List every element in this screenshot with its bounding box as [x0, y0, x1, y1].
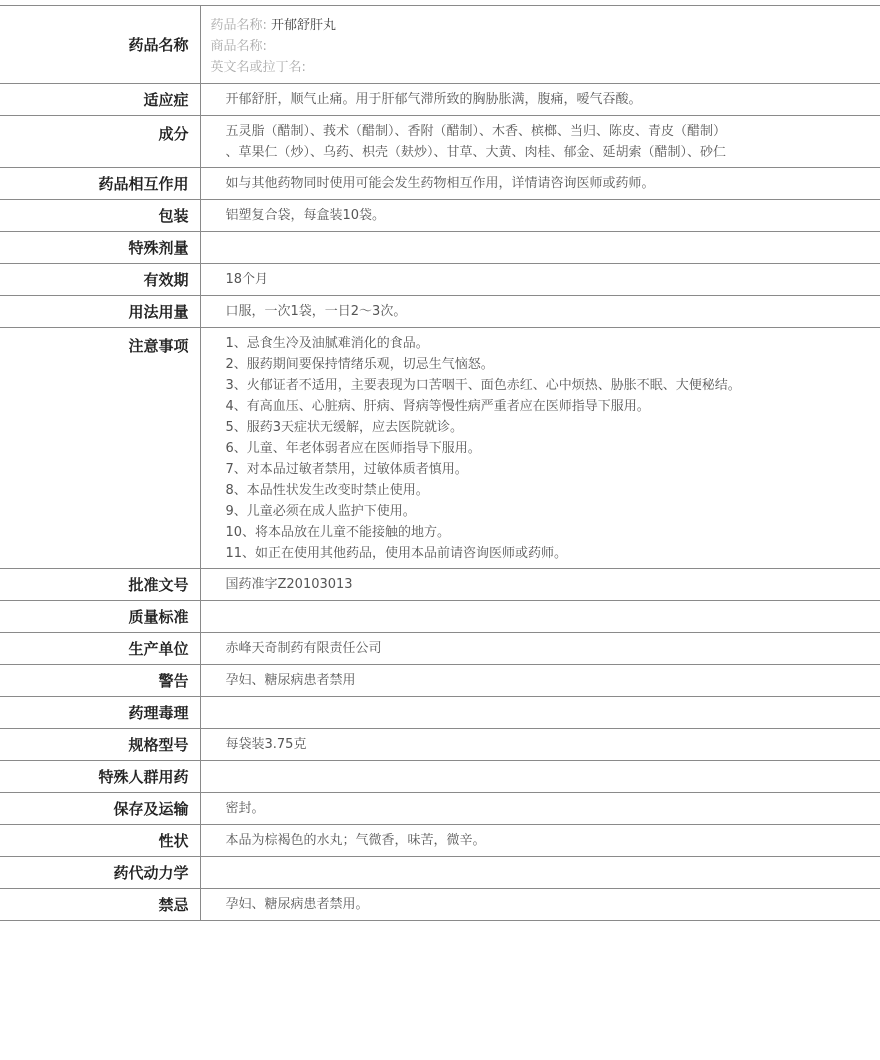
precaution-item: 9、儿童必须在成人监护下使用。 [226, 501, 871, 522]
row-label: 特殊人群用药 [0, 761, 200, 793]
drug-name-block: 药品名称: 开郁舒肝丸 商品名称: 英文名或拉丁名: [200, 6, 880, 84]
row-approval-number: 批准文号 国药准字Z20103013 [0, 569, 880, 601]
generic-name-line: 药品名称: 开郁舒肝丸 [211, 15, 871, 36]
row-value: 赤峰天奇制药有限责任公司 [200, 633, 880, 665]
precaution-item: 6、儿童、年老体弱者应在医师指导下服用。 [226, 438, 871, 459]
row-value: 国药准字Z20103013 [200, 569, 880, 601]
row-value [200, 697, 880, 729]
latin-name-line: 英文名或拉丁名: [211, 57, 871, 78]
drug-spec-table: 药品名称 药品名称: 开郁舒肝丸 商品名称: 英文名或拉丁名: 适应症 开郁舒肝… [0, 5, 880, 921]
row-storage: 保存及运输 密封。 [0, 793, 880, 825]
row-value: 18个月 [200, 264, 880, 296]
row-label: 质量标准 [0, 601, 200, 633]
precaution-item: 8、本品性状发生改变时禁止使用。 [226, 480, 871, 501]
row-label: 成分 [0, 116, 200, 168]
row-label: 注意事项 [0, 328, 200, 569]
row-pharmacokinetics: 药代动力学 [0, 857, 880, 889]
row-label: 药代动力学 [0, 857, 200, 889]
row-drug-name: 药品名称 药品名称: 开郁舒肝丸 商品名称: 英文名或拉丁名: [0, 6, 880, 84]
row-value [200, 761, 880, 793]
row-quality-standard: 质量标准 [0, 601, 880, 633]
row-usage: 用法用量 口服，一次1袋，一日2～3次。 [0, 296, 880, 328]
row-label: 特殊剂量 [0, 232, 200, 264]
row-label: 药理毒理 [0, 697, 200, 729]
row-label: 保存及运输 [0, 793, 200, 825]
ingredients-line: 五灵脂（醋制）、莪术（醋制）、香附（醋制）、木香、槟榔、当归、陈皮、青皮（醋制） [226, 121, 871, 142]
trade-name-line: 商品名称: [211, 36, 871, 57]
row-interactions: 药品相互作用 如与其他药物同时使用可能会发生药物相互作用，详情请咨询医师或药师。 [0, 168, 880, 200]
precaution-item: 5、服药3天症状无缓解，应去医院就诊。 [226, 417, 871, 438]
row-label: 警告 [0, 665, 200, 697]
row-value: 如与其他药物同时使用可能会发生药物相互作用，详情请咨询医师或药师。 [200, 168, 880, 200]
row-special-population: 特殊人群用药 [0, 761, 880, 793]
row-label: 用法用量 [0, 296, 200, 328]
row-value: 口服，一次1袋，一日2～3次。 [200, 296, 880, 328]
row-value: 孕妇、糖尿病患者禁用。 [200, 889, 880, 921]
precaution-item: 10、将本品放在儿童不能接触的地方。 [226, 522, 871, 543]
precaution-item: 7、对本品过敏者禁用，过敏体质者慎用。 [226, 459, 871, 480]
ingredients-line: 、草果仁（炒）、乌药、枳壳（麸炒）、甘草、大黄、肉桂、郁金、延胡索（醋制）、砂仁 [226, 142, 871, 163]
row-contraindications: 禁忌 孕妇、糖尿病患者禁用。 [0, 889, 880, 921]
row-label: 生产单位 [0, 633, 200, 665]
precaution-item: 11、如正在使用其他药品，使用本品前请咨询医师或药师。 [226, 543, 871, 564]
row-warning: 警告 孕妇、糖尿病患者禁用 [0, 665, 880, 697]
row-value [200, 857, 880, 889]
generic-name-value: 开郁舒肝丸 [271, 18, 336, 33]
row-label: 包装 [0, 200, 200, 232]
latin-name-label: 英文名或拉丁名: [211, 60, 306, 75]
row-label: 药品名称 [0, 6, 200, 84]
row-appearance: 性状 本品为棕褐色的水丸；气微香，味苦，微辛。 [0, 825, 880, 857]
row-special-dosage: 特殊剂量 [0, 232, 880, 264]
row-value [200, 232, 880, 264]
row-label: 规格型号 [0, 729, 200, 761]
row-value: 本品为棕褐色的水丸；气微香，味苦，微辛。 [200, 825, 880, 857]
row-specification: 规格型号 每袋装3.75克 [0, 729, 880, 761]
precaution-item: 4、有高血压、心脏病、肝病、肾病等慢性病严重者应在医师指导下服用。 [226, 396, 871, 417]
row-value: 每袋装3.75克 [200, 729, 880, 761]
row-pharmacology: 药理毒理 [0, 697, 880, 729]
row-value [200, 601, 880, 633]
row-label: 禁忌 [0, 889, 200, 921]
generic-name-label: 药品名称: [211, 18, 267, 33]
row-shelf-life: 有效期 18个月 [0, 264, 880, 296]
row-value: 开郁舒肝，顺气止痛。用于肝郁气滞所致的胸胁胀满，腹痛，嗳气吞酸。 [200, 84, 880, 116]
row-label: 有效期 [0, 264, 200, 296]
row-value: 密封。 [200, 793, 880, 825]
row-label: 批准文号 [0, 569, 200, 601]
row-label: 药品相互作用 [0, 168, 200, 200]
row-packaging: 包装 铝塑复合袋，每盒装10袋。 [0, 200, 880, 232]
row-value: 孕妇、糖尿病患者禁用 [200, 665, 880, 697]
precaution-item: 2、服药期间要保持情绪乐观，切忌生气恼怒。 [226, 354, 871, 375]
row-label: 性状 [0, 825, 200, 857]
ingredients-value: 五灵脂（醋制）、莪术（醋制）、香附（醋制）、木香、槟榔、当归、陈皮、青皮（醋制）… [200, 116, 880, 168]
row-indications: 适应症 开郁舒肝，顺气止痛。用于肝郁气滞所致的胸胁胀满，腹痛，嗳气吞酸。 [0, 84, 880, 116]
trade-name-label: 商品名称: [211, 39, 267, 54]
row-ingredients: 成分 五灵脂（醋制）、莪术（醋制）、香附（醋制）、木香、槟榔、当归、陈皮、青皮（… [0, 116, 880, 168]
precautions-list: 1、忌食生冷及油腻难消化的食品。 2、服药期间要保持情绪乐观，切忌生气恼怒。 3… [200, 328, 880, 569]
precaution-item: 3、火郁证者不适用，主要表现为口苦咽干、面色赤红、心中烦热、胁胀不眠、大便秘结。 [226, 375, 871, 396]
row-manufacturer: 生产单位 赤峰天奇制药有限责任公司 [0, 633, 880, 665]
row-precautions: 注意事项 1、忌食生冷及油腻难消化的食品。 2、服药期间要保持情绪乐观，切忌生气… [0, 328, 880, 569]
row-label: 适应症 [0, 84, 200, 116]
precaution-item: 1、忌食生冷及油腻难消化的食品。 [226, 333, 871, 354]
row-value: 铝塑复合袋，每盒装10袋。 [200, 200, 880, 232]
